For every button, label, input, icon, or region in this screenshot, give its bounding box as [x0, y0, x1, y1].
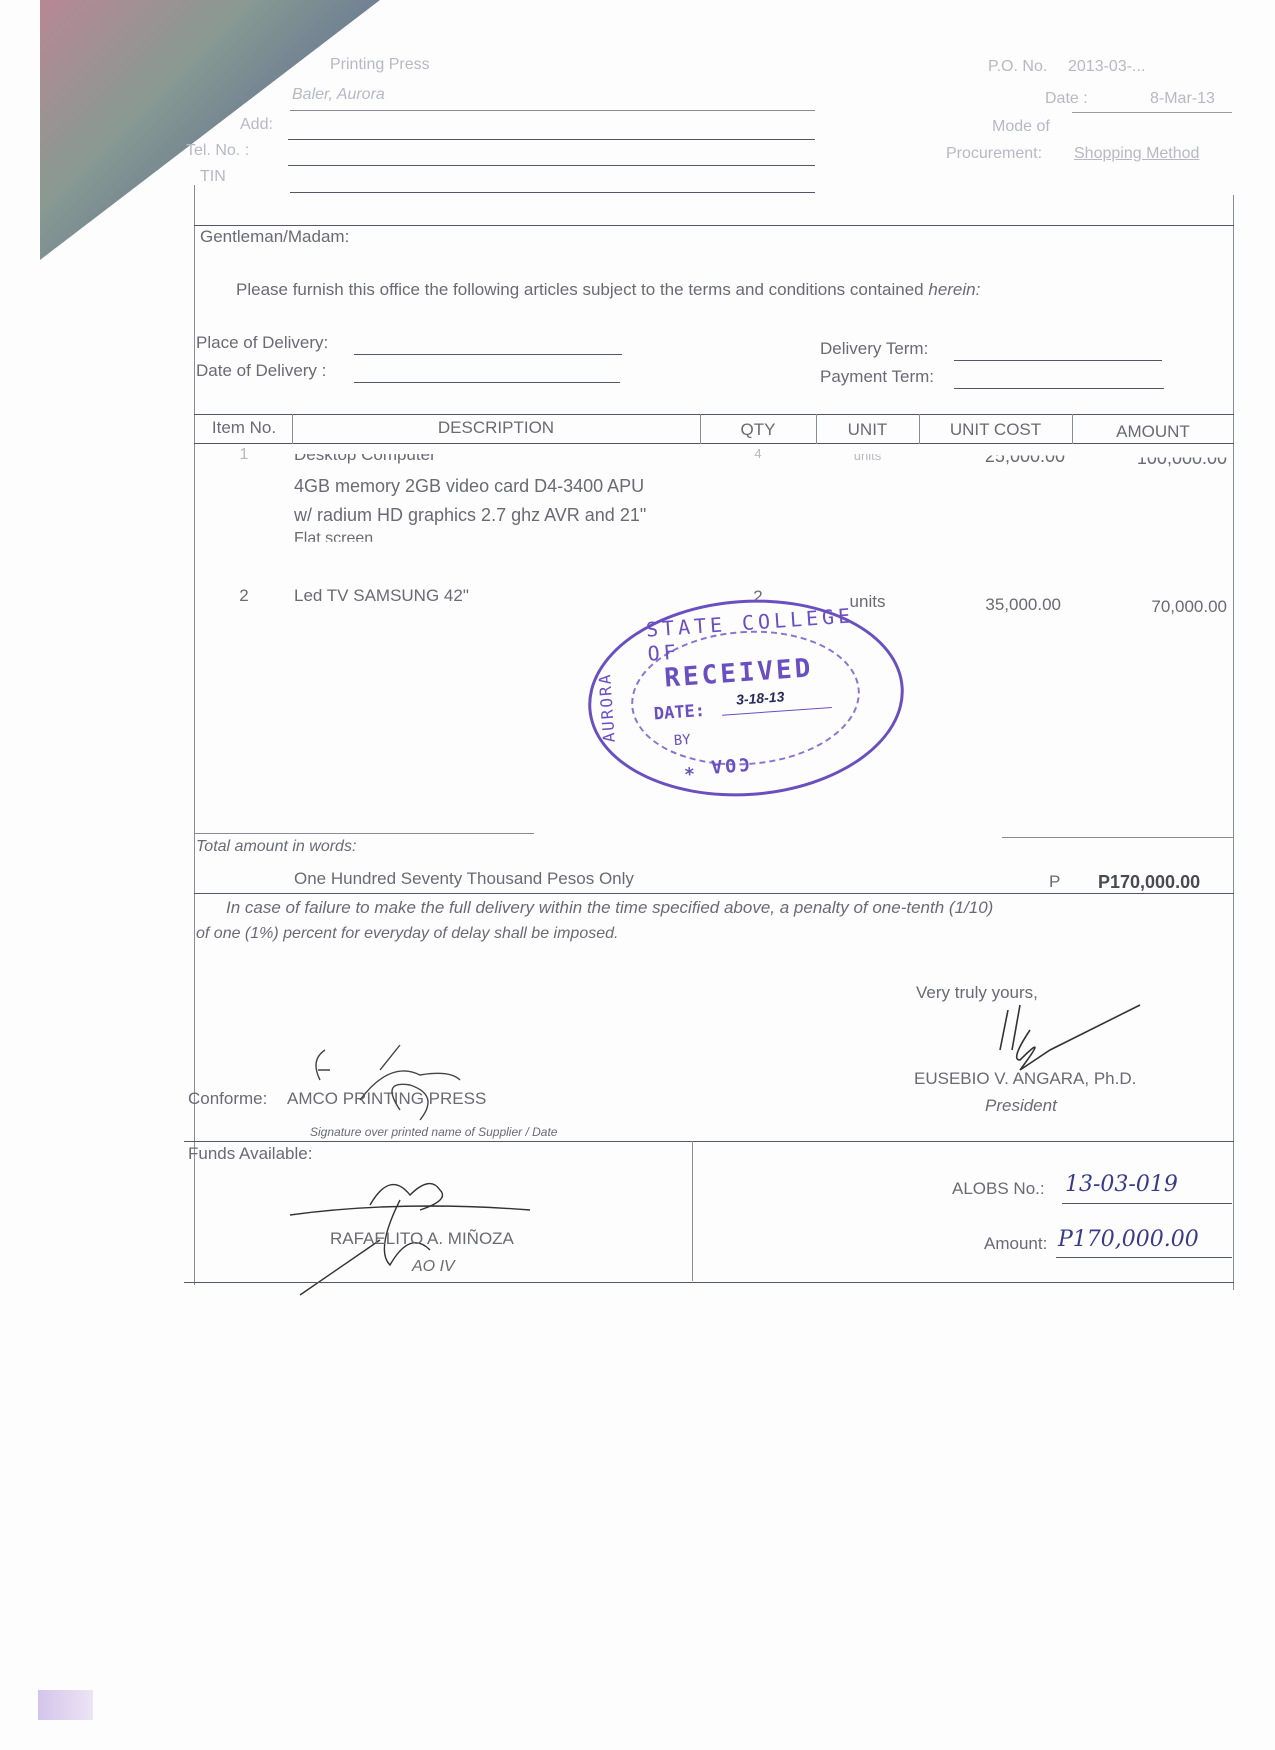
header-unit-cost: UNIT COST — [919, 420, 1072, 440]
item-no: 2 — [196, 586, 292, 606]
total-words-value: One Hundred Seventy Thousand Pesos Only — [294, 869, 634, 889]
supplier-location: Baler, Aurora — [292, 86, 385, 104]
stamp-ring-left-text: AURORA — [595, 672, 619, 743]
conforme-label: Conforme: — [188, 1089, 267, 1109]
amount-label: Amount: — [984, 1234, 1047, 1254]
president-signature — [990, 990, 1170, 1110]
header-qty: QTY — [700, 420, 816, 440]
signatory-title: President — [985, 1096, 1057, 1116]
date-label: Date : — [1045, 90, 1088, 108]
received-stamp: STATE COLLEGE OF AURORA RECEIVED DATE: 3… — [582, 589, 911, 807]
stamp-ring-bottom-text: COA * — [680, 753, 750, 779]
table-header-bottom-line — [194, 443, 1234, 444]
total-words-label: Total amount in words: — [196, 838, 356, 856]
funds-available-label: Funds Available: — [188, 1144, 312, 1164]
payment-term-label: Payment Term: — [820, 367, 934, 387]
currency-symbol: P — [1049, 872, 1060, 892]
header-amount: AMOUNT — [1072, 422, 1234, 442]
address-line — [288, 139, 815, 140]
po-value: 2013-03-... — [1068, 58, 1145, 76]
funds-divider — [692, 1141, 693, 1281]
date-line — [1072, 112, 1232, 113]
description-line: Led TV SAMSUNG 42" — [294, 586, 469, 606]
amount: 70,000.00 — [1072, 597, 1227, 617]
stamp-date-label: DATE: — [653, 701, 705, 725]
tel-line — [288, 165, 815, 166]
form-bottom-line — [184, 1282, 1234, 1283]
qty: 4 — [700, 446, 816, 461]
intro-main: Please furnish this office the following… — [236, 280, 928, 299]
total-divider-left — [194, 833, 534, 834]
unit-cost: 35,000.00 — [919, 595, 1061, 615]
date-value: 8-Mar-13 — [1150, 90, 1215, 108]
officer-name: RAFAELITO A. MIÑOZA — [330, 1229, 514, 1249]
intro-italic: herein: — [928, 280, 980, 299]
conforme-caption: Signature over printed name of Supplier … — [310, 1125, 557, 1139]
description-line: Flat screen — [294, 530, 373, 548]
grand-total: P170,000.00 — [1098, 872, 1200, 893]
total-divider-right — [1002, 837, 1234, 838]
po-label: P.O. No. — [988, 58, 1047, 76]
alobs-line — [1062, 1203, 1232, 1204]
alobs-label: ALOBS No.: — [952, 1179, 1045, 1199]
amount: 100,000.00 — [1072, 448, 1227, 469]
description-line: Desktop Computer — [294, 445, 436, 465]
description-line: 4GB memory 2GB video card D4-3400 APU — [294, 476, 644, 497]
supplier-name: Printing Press — [330, 56, 430, 74]
unit-cost: 25,000.00 — [919, 446, 1065, 467]
officer-title: AO IV — [412, 1258, 455, 1276]
tin-label: TIN — [200, 168, 226, 186]
left-border — [194, 185, 195, 1285]
payment-term-field — [954, 388, 1164, 389]
item-no: 1 — [196, 446, 292, 464]
address-label: Add: — [240, 116, 273, 134]
intro-text: Please furnish this office the following… — [236, 280, 980, 300]
procurement-label: Procurement: — [946, 145, 1042, 163]
date-of-delivery-label: Date of Delivery : — [196, 361, 326, 381]
salutation: Gentleman/Madam: — [200, 227, 349, 247]
delivery-term-field — [954, 360, 1162, 361]
stamp-date-value: 3-18-13 — [736, 688, 785, 707]
scan-artifact — [38, 1690, 93, 1720]
conforme-bottom-line — [184, 1141, 1234, 1142]
place-of-delivery-label: Place of Delivery: — [196, 333, 328, 353]
folded-page-corner — [40, 0, 380, 260]
signatory-name: EUSEBIO V. ANGARA, Ph.D. — [914, 1069, 1136, 1089]
table-top-line — [194, 414, 1234, 415]
supplier-location-line — [290, 110, 815, 111]
header-item-no: Item No. — [196, 418, 292, 438]
penalty-line-1: In case of failure to make the full deli… — [226, 898, 993, 918]
header-description: DESCRIPTION — [292, 418, 700, 438]
tel-label: Tel. No. : — [186, 142, 249, 160]
unit: units — [816, 448, 919, 463]
alobs-value: 13-03-019 — [1065, 1172, 1178, 1197]
procurement-mode-value: Shopping Method — [1074, 145, 1199, 163]
delivery-term-label: Delivery Term: — [820, 339, 928, 359]
description-line: w/ radium HD graphics 2.7 ghz AVR and 21… — [294, 505, 646, 526]
header-unit: UNIT — [816, 420, 919, 440]
tin-line — [290, 192, 815, 193]
header-divider — [194, 225, 1234, 226]
stamp-by-label: BY — [673, 732, 691, 749]
amount-line — [1056, 1257, 1232, 1258]
right-border — [1233, 195, 1234, 1290]
date-of-delivery-field — [354, 382, 620, 383]
amount-value: P170,000.00 — [1058, 1227, 1199, 1252]
mode-label: Mode of — [992, 118, 1050, 136]
place-of-delivery-field — [354, 354, 622, 355]
total-bottom-line — [194, 893, 1234, 894]
supplier-signature — [300, 1040, 500, 1130]
penalty-line-2: of one (1%) percent for everyday of dela… — [196, 925, 618, 943]
